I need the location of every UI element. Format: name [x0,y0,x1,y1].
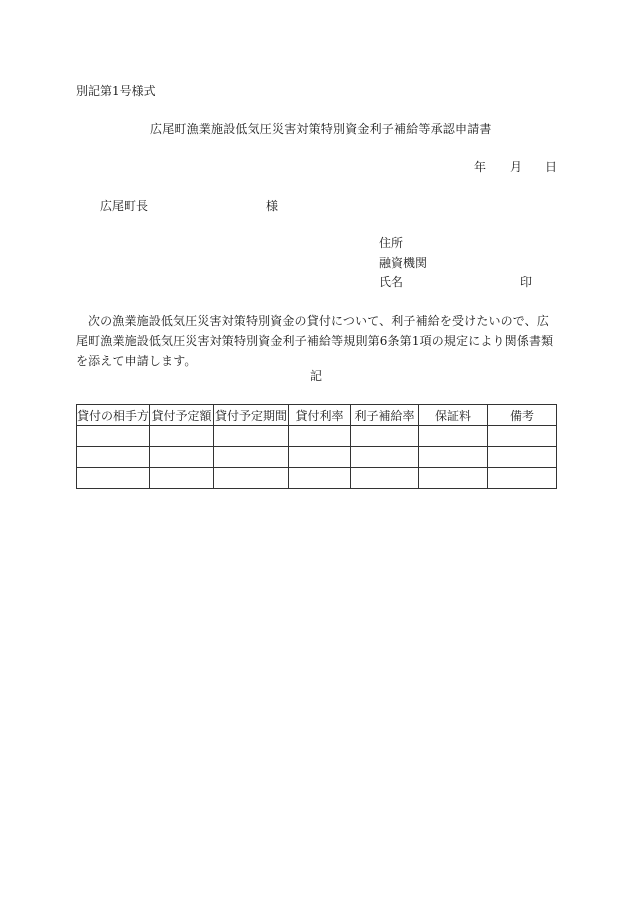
header-planned-amount: 貸付予定額 [150,405,214,426]
table-cell[interactable] [419,447,488,468]
application-body-text: 次の漁業施設低気圧災害対策特別資金の貸付について、利子補給を受けたいので、広尾町… [76,311,558,371]
table-header-row: 貸付の相手方 貸付予定額 貸付予定期間 貸付利率 利子補給率 保証料 備考 [77,405,557,426]
table-cell[interactable] [351,468,419,489]
table-cell[interactable] [77,447,150,468]
table-cell[interactable] [488,468,557,489]
table-row [77,468,557,489]
table-cell[interactable] [488,447,557,468]
table-cell[interactable] [214,426,289,447]
header-interest-rate: 貸付利率 [289,405,351,426]
table-cell[interactable] [150,447,214,468]
loan-details-table: 貸付の相手方 貸付予定額 貸付予定期間 貸付利率 利子補給率 保証料 備考 [76,404,557,489]
date-month-label: 月 [510,160,522,174]
header-guarantee-fee: 保証料 [419,405,488,426]
table-cell[interactable] [289,468,351,489]
header-subsidy-rate: 利子補給率 [351,405,419,426]
table-row [77,447,557,468]
addressee-name: 広尾町長 [100,199,148,213]
date-year-label: 年 [474,160,486,174]
table-cell[interactable] [289,426,351,447]
form-number: 別記第1号様式 [76,84,156,98]
header-planned-period: 貸付予定期間 [214,405,289,426]
table-cell[interactable] [77,426,150,447]
table-row [77,426,557,447]
table-cell[interactable] [419,426,488,447]
document-title: 広尾町漁業施設低気圧災害対策特別資金利子補給等承認申請書 [150,122,492,136]
table-cell[interactable] [488,426,557,447]
applicant-bank-label: 融資機関 [379,256,427,270]
table-cell[interactable] [214,468,289,489]
table-cell[interactable] [214,447,289,468]
table-cell[interactable] [289,447,351,468]
table-cell[interactable] [351,447,419,468]
date-day-label: 日 [545,160,557,174]
header-lending-party: 貸付の相手方 [77,405,150,426]
applicant-name-label: 氏名 [379,275,403,289]
header-remarks: 備考 [488,405,557,426]
ki-heading: 記 [310,369,322,383]
addressee-honorific: 様 [266,199,278,213]
table-cell[interactable] [150,468,214,489]
table-cell[interactable] [419,468,488,489]
table-cell[interactable] [77,468,150,489]
applicant-address-label: 住所 [379,236,403,250]
table-cell[interactable] [150,426,214,447]
table-cell[interactable] [351,426,419,447]
seal-label: 印 [520,275,532,289]
